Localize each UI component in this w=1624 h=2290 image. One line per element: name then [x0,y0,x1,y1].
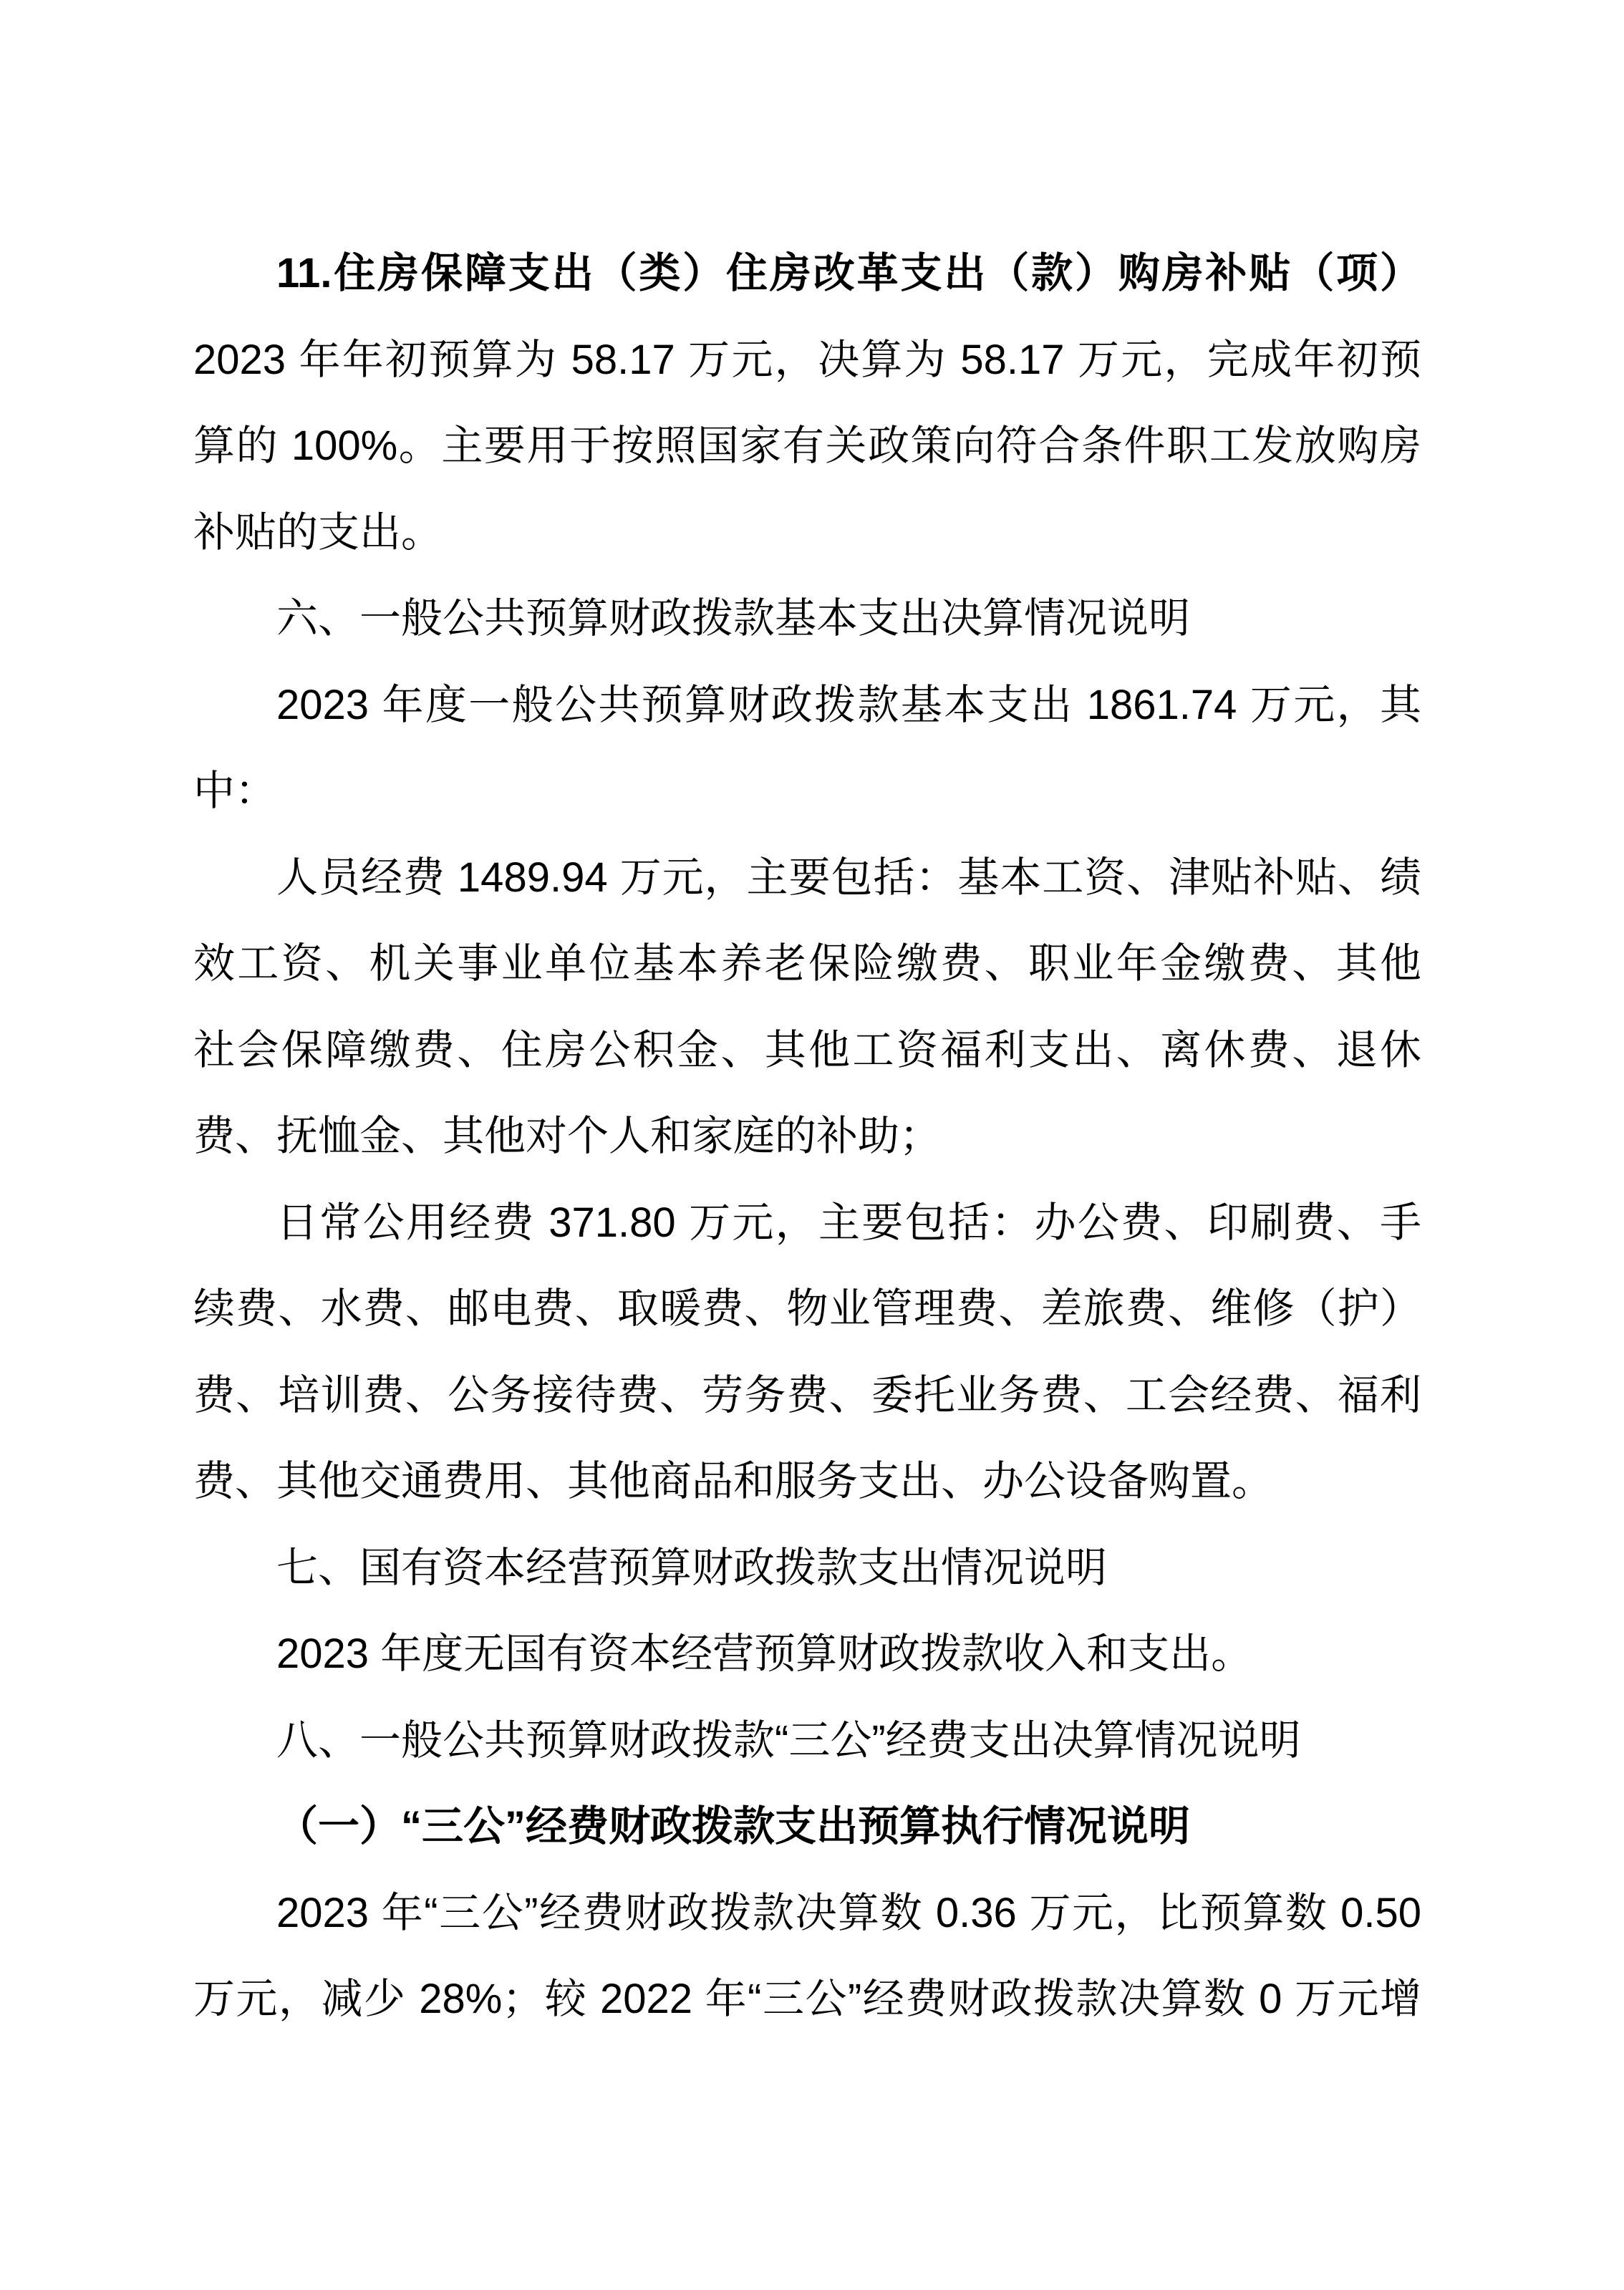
doc-line: 效工资、机关事业单位基本养老保险缴费、职业年金缴费、其他 [193,921,1421,1008]
doc-line: 费、抚恤金、其他对个人和家庭的补助； [193,1093,1421,1180]
document-page: 11.住房保障支出（类）住房改革支出（款）购房补贴（项） 2023 年年初预算为… [0,0,1624,2290]
section-heading: 六、一般公共预算财政拨款基本支出决算情况说明 [193,576,1421,662]
doc-line: 2023 年年初预算为 58.17 万元，决算为 58.17 万元，完成年初预 [193,317,1421,404]
section-heading: 八、一般公共预算财政拨款“三公”经费支出决算情况说明 [193,1698,1421,1784]
subsection-heading: （一）“三公”经费财政拨款支出预算执行情况说明 [193,1784,1421,1870]
doc-line: 人员经费 1489.94 万元，主要包括：基本工资、津贴补贴、绩 [193,835,1421,922]
doc-line: 2023 年度无国有资本经营预算财政拨款收入和支出。 [193,1611,1421,1698]
doc-line: 费、培训费、公务接待费、劳务费、委托业务费、工会经费、福利 [193,1353,1421,1439]
doc-line: 续费、水费、邮电费、取暖费、物业管理费、差旅费、维修（护） [193,1266,1421,1353]
doc-line: 2023 年度一般公共预算财政拨款基本支出 1861.74 万元，其 [193,662,1421,749]
doc-line: 算的 100%。主要用于按照国家有关政策向符合条件职工发放购房 [193,403,1421,490]
doc-line: 2023 年“三公”经费财政拨款决算数 0.36 万元，比预算数 0.50 [193,1870,1421,1957]
doc-line: 补贴的支出。 [193,490,1421,576]
doc-line: 社会保障缴费、住房公积金、其他工资福利支出、离休费、退休 [193,1008,1421,1094]
doc-line: 中： [193,748,1421,835]
section-heading: 七、国有资本经营预算财政拨款支出情况说明 [193,1525,1421,1612]
item-heading-lead: 11.住房保障支出（类）住房改革支出（款）购房补贴（项） [193,231,1421,317]
doc-line: 万元，减少 28%；较 2022 年“三公”经费财政拨款决算数 0 万元增 [193,1956,1421,2043]
doc-line: 日常公用经费 371.80 万元，主要包括：办公费、印刷费、手 [193,1180,1421,1267]
doc-line: 费、其他交通费用、其他商品和服务支出、办公设备购置。 [193,1439,1421,1525]
